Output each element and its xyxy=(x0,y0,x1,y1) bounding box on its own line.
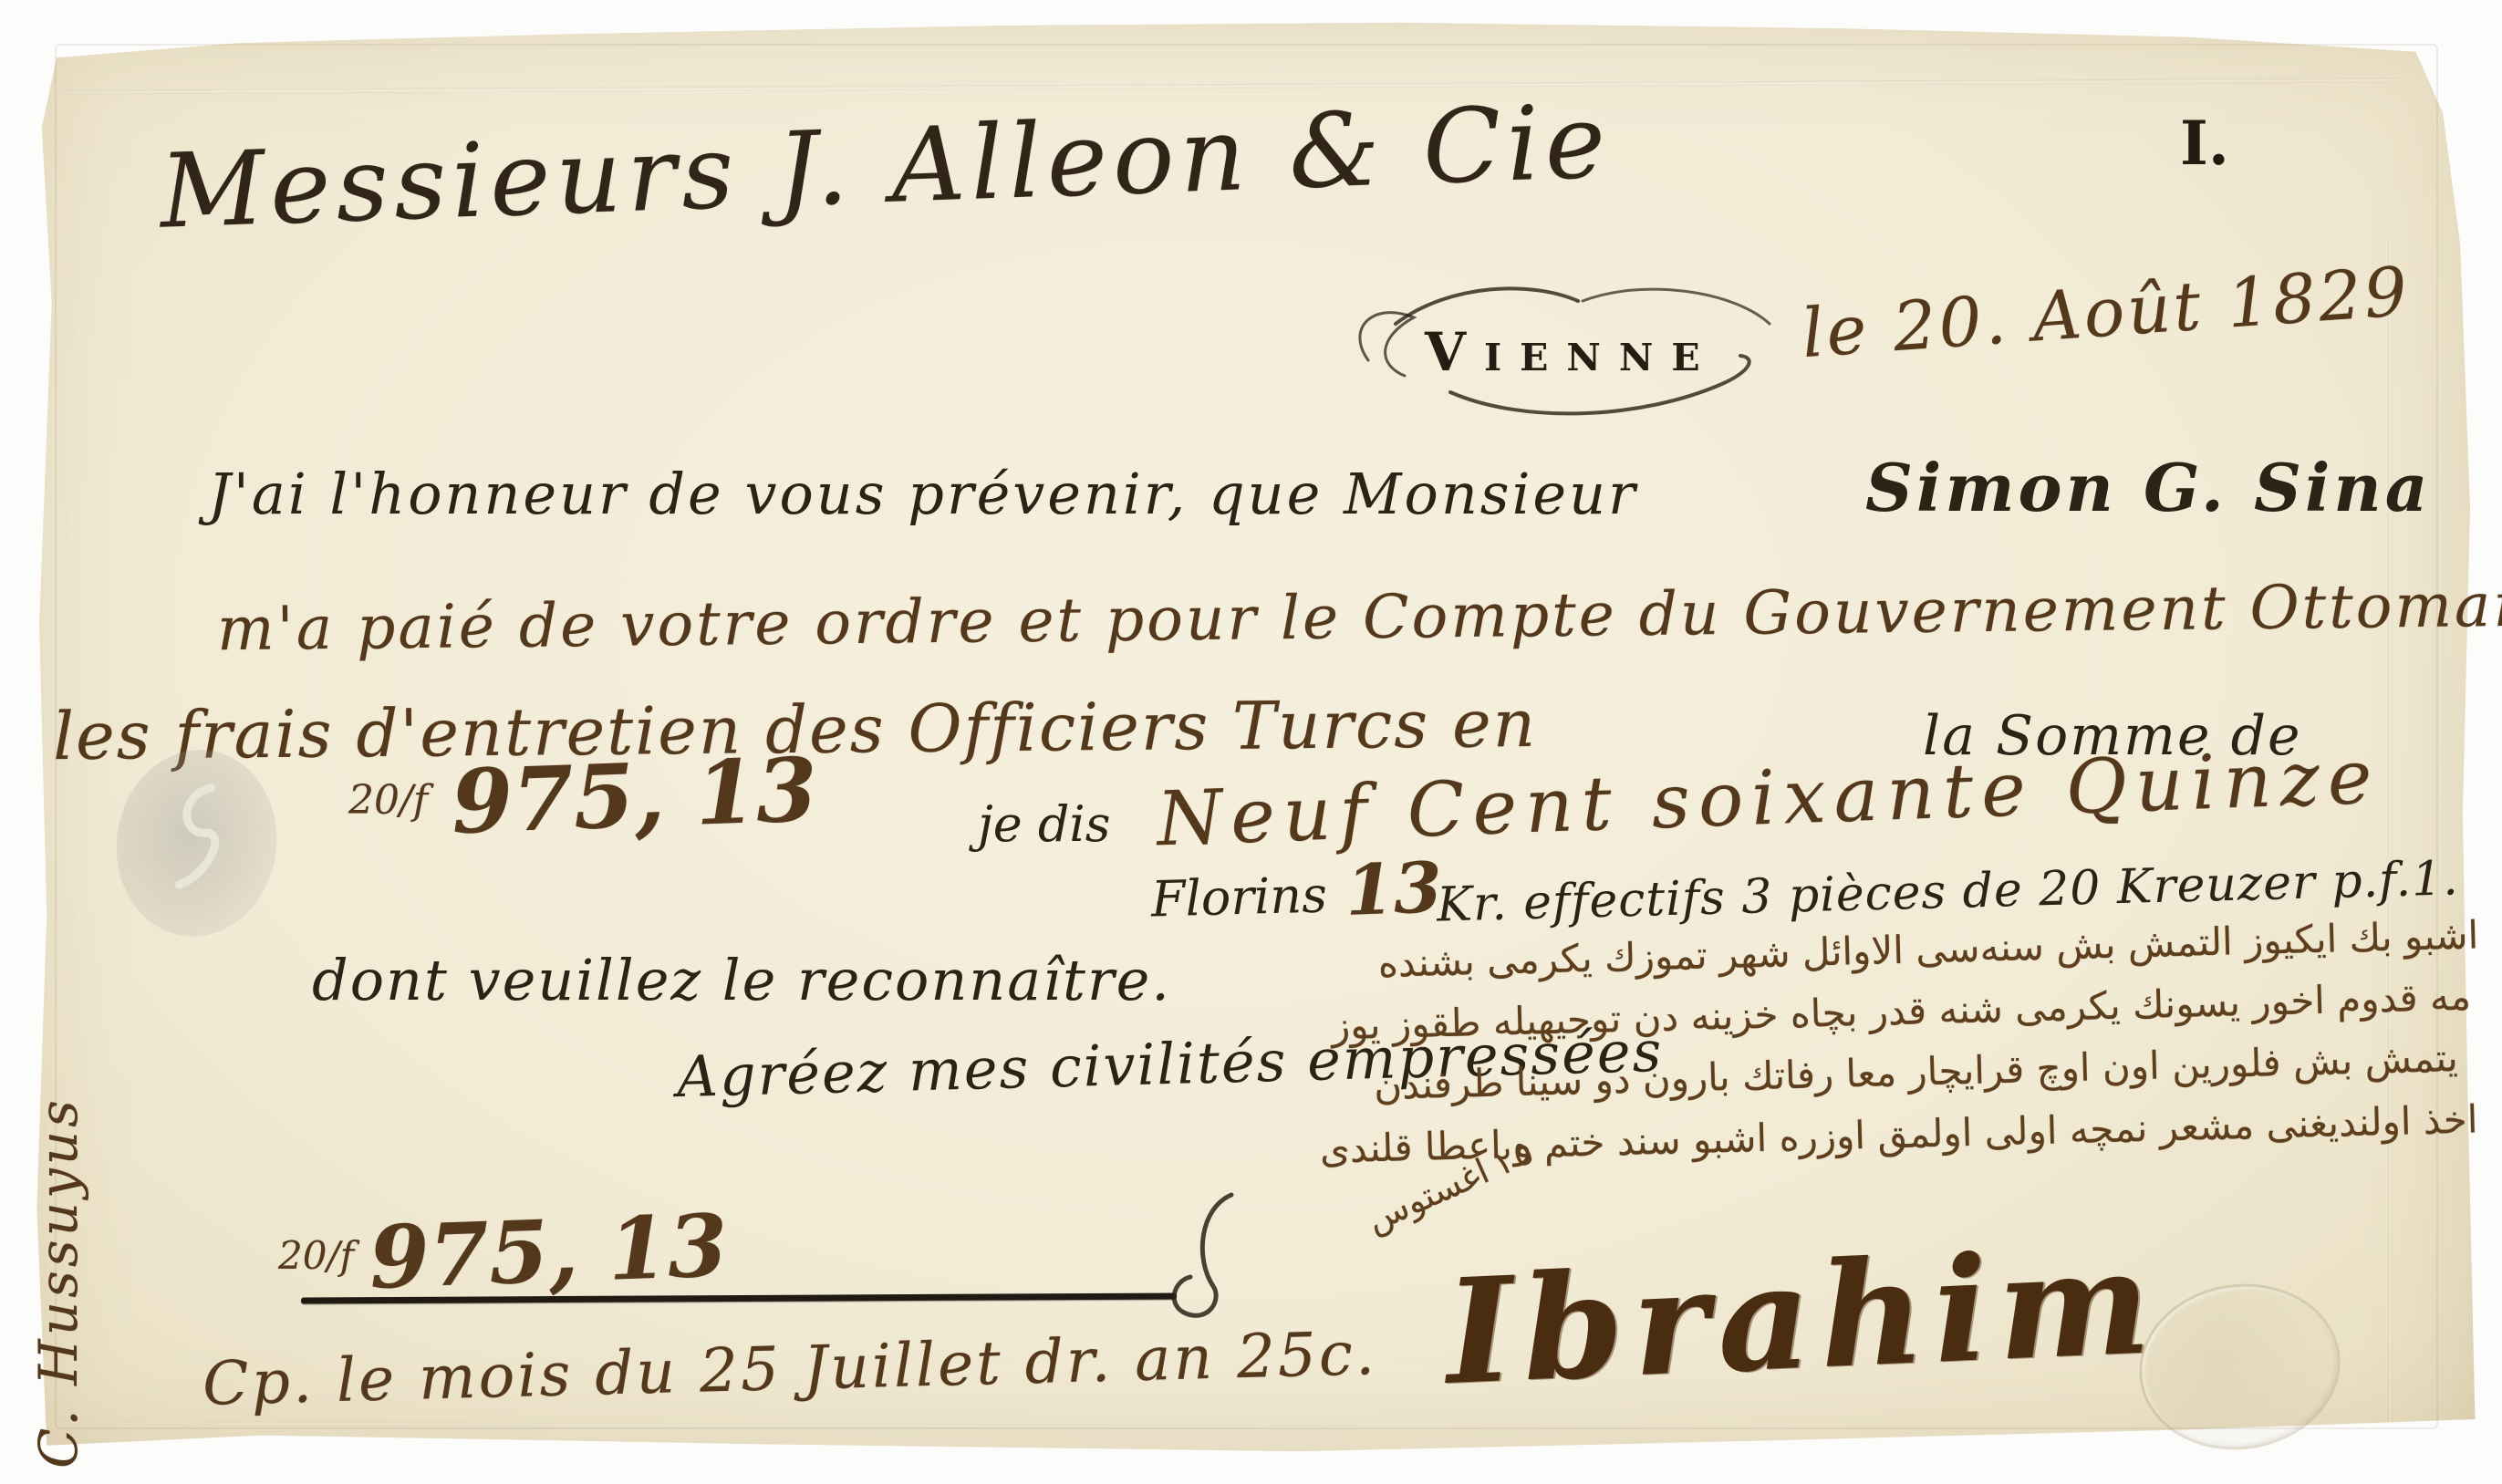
margin-annotation-vertical: C. Hussuyus xyxy=(27,939,89,1468)
amount-figures: 975, 13 xyxy=(450,738,819,854)
paper-crease xyxy=(2388,237,2393,1423)
payer-name: Simon G. Sina xyxy=(1865,449,2431,526)
je-dis-label: je dis xyxy=(978,795,1110,853)
place-name: Vienne xyxy=(1425,321,1718,383)
stamp-monogram-squiggle xyxy=(105,740,289,947)
amount-currency-mark: 20/f xyxy=(348,777,428,824)
corner-index-mark: I. xyxy=(2180,108,2229,179)
body-line1-printed: J'ai l'honneur de vous prévenir, que Mon… xyxy=(208,461,1638,527)
footer-amount-currency: 20/f xyxy=(278,1233,354,1278)
pen-flourish xyxy=(1145,1186,1263,1332)
ottoman-script-block: اشبو بك ايكيوز التمش بش سنه‌سى الاوائل ش… xyxy=(1320,904,2485,1179)
florins-label: Florins xyxy=(1150,866,1327,928)
faint-oval-ink-stamp xyxy=(105,740,289,947)
kreuzer-figure: 13 xyxy=(1344,846,1443,931)
acknowledge-line: dont veuillez le reconnaître. xyxy=(312,947,1171,1013)
signature: Ibrahim xyxy=(1442,1218,2162,1417)
scanned-document-canvas: I. Messieurs J. Alleon & Cie Vienne le 2… xyxy=(0,0,2502,1484)
footer-amount-figures: 975, 13 xyxy=(368,1196,729,1309)
